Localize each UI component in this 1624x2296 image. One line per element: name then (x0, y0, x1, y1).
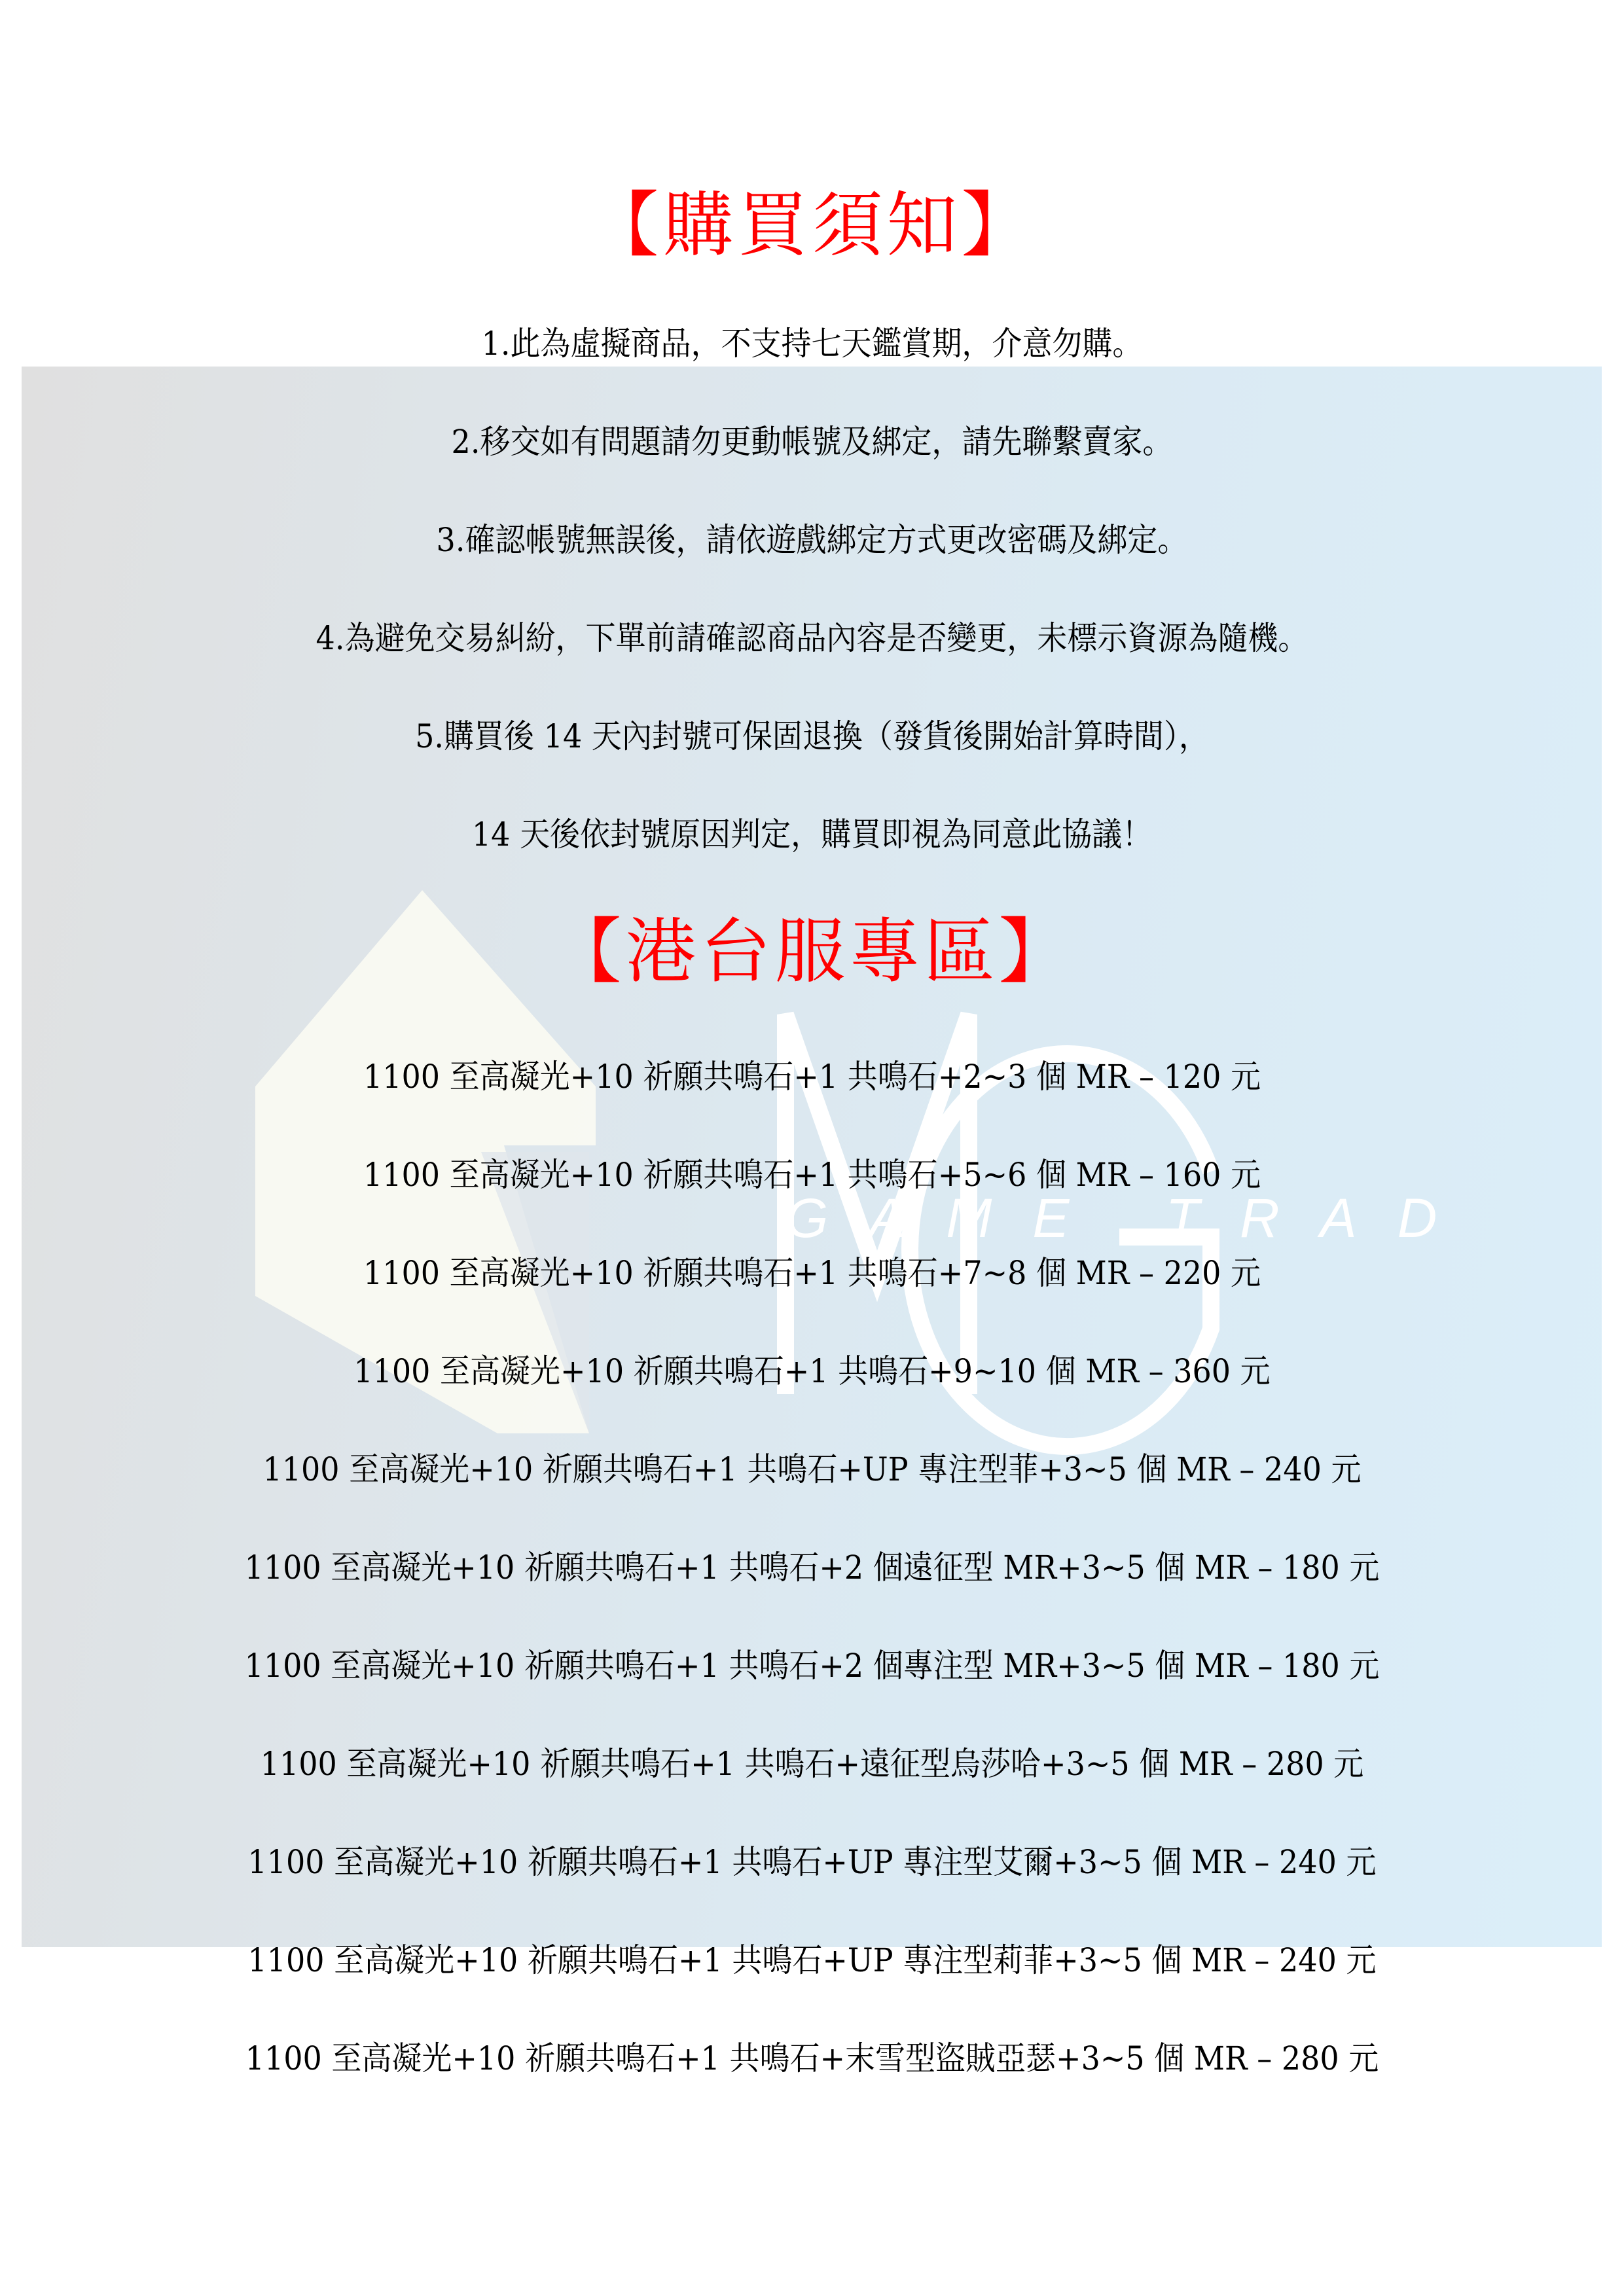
notice-item: 5.購買後 14 天內封號可保固退換（發貨後開始計算時間）， (65, 717, 1559, 756)
product-item: 1100 至高凝光+10 祈願共鳴石+1 共鳴石+2 個專注型 MR+3~5 個… (65, 1646, 1559, 1685)
notice-item: 3.確認帳號無誤後，請依遊戲綁定方式更改密碼及綁定。 (65, 520, 1559, 560)
product-item: 1100 至高凝光+10 祈願共鳴石+1 共鳴石+2 個遠征型 MR+3~5 個… (65, 1548, 1559, 1587)
section-title: 【港台服專區】 (0, 913, 1624, 992)
product-item: 1100 至高凝光+10 祈願共鳴石+1 共鳴石+UP 專注型艾爾+3~5 個 … (65, 1842, 1559, 1882)
product-item: 1100 至高凝光+10 祈願共鳴石+1 共鳴石+遠征型烏莎哈+3~5 個 MR… (65, 1744, 1559, 1784)
notice-item: 2.移交如有問題請勿更動帳號及綁定，請先聯繫賣家。 (65, 422, 1559, 461)
notice-item: 4.為避免交易糾紛，下單前請確認商品內容是否變更，未標示資源為隨機。 (65, 619, 1559, 658)
product-item: 1100 至高凝光+10 祈願共鳴石+1 共鳴石+5~6 個 MR – 160 … (65, 1155, 1559, 1194)
product-item: 1100 至高凝光+10 祈願共鳴石+1 共鳴石+UP 專注型莉菲+3~5 個 … (65, 1941, 1559, 1980)
product-item: 1100 至高凝光+10 祈願共鳴石+1 共鳴石+9~10 個 MR – 360… (65, 1352, 1559, 1391)
notice-title: 【購買須知】 (0, 187, 1624, 265)
product-item: 1100 至高凝光+10 祈願共鳴石+1 共鳴石+2~3 個 MR – 120 … (65, 1057, 1559, 1096)
product-item: 1100 至高凝光+10 祈願共鳴石+1 共鳴石+7~8 個 MR – 220 … (65, 1253, 1559, 1293)
notice-item: 14 天後依封號原因判定，購買即視為同意此協議！ (65, 815, 1559, 854)
product-item: 1100 至高凝光+10 祈願共鳴石+1 共鳴石+末雪型盜賊亞瑟+3~5 個 M… (65, 2039, 1559, 2078)
notice-item: 1.此為虛擬商品，不支持七天鑑賞期，介意勿購。 (65, 324, 1559, 363)
product-item: 1100 至高凝光+10 祈願共鳴石+1 共鳴石+UP 專注型菲+3~5 個 M… (65, 1450, 1559, 1489)
